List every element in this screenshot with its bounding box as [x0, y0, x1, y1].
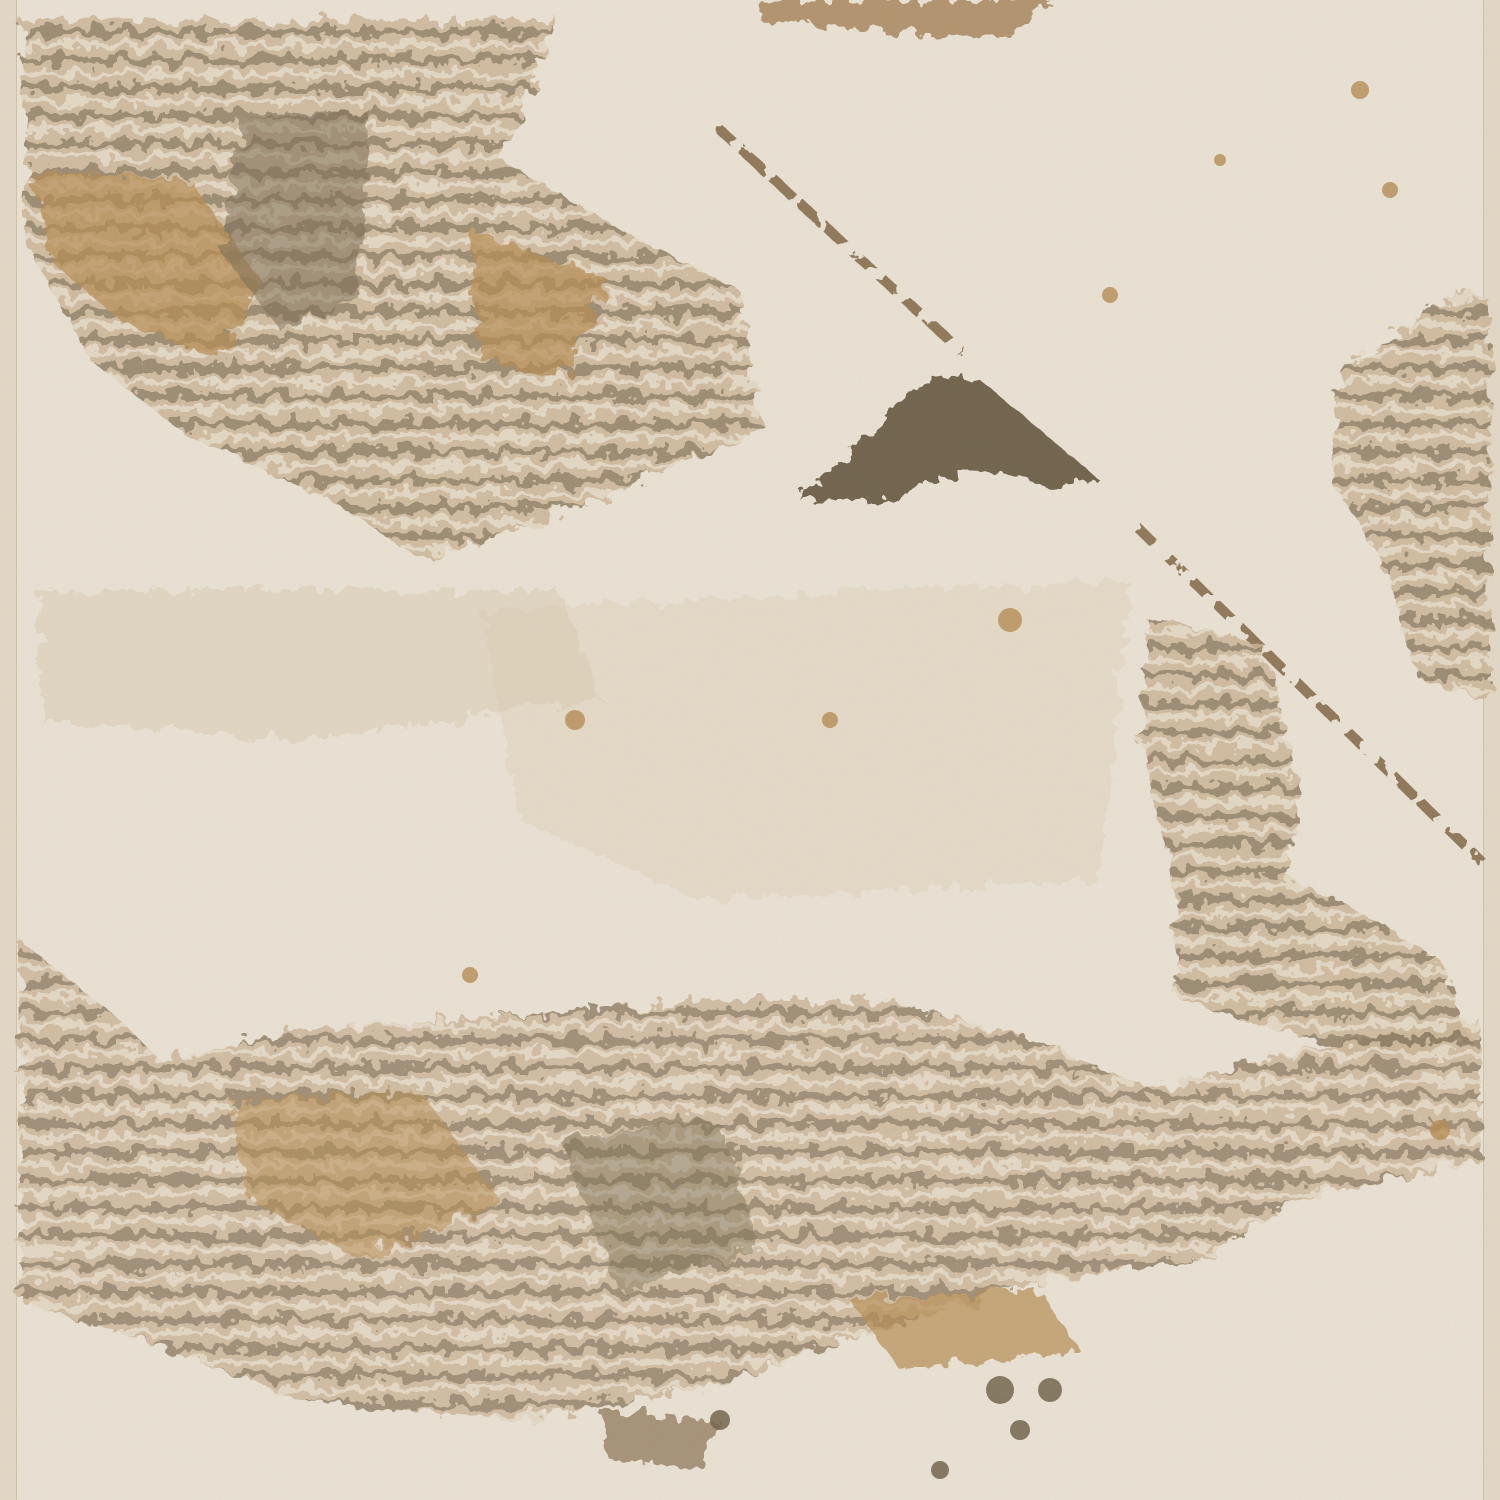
rug-photo [0, 0, 1500, 1500]
rug-pattern [0, 0, 1500, 1500]
